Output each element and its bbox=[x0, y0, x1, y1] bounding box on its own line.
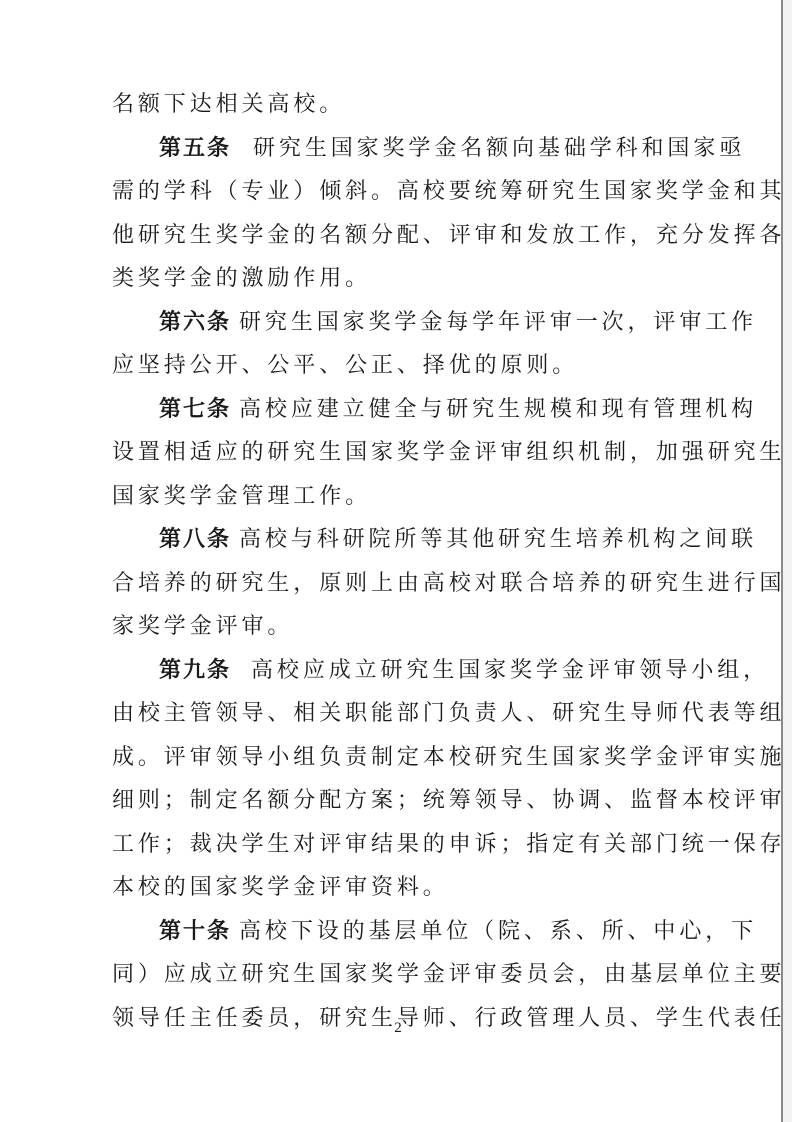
text-line: 同）应成立研究生国家奖学金评审委员会，由基层单位主要 bbox=[112, 953, 672, 997]
line-text: 需的学科（专业）倾斜。高校要统筹研究生国家奖学金和其 bbox=[112, 179, 785, 204]
line-text: 高校应建立健全与研究生规模和现有管理机构 bbox=[239, 397, 757, 422]
text-line: 设置相适应的研究生国家奖学金评审组织机制，加强研究生 bbox=[112, 431, 672, 475]
line-text: 领导任主任委员，研究生导师、行政管理人员、学生代表任 bbox=[112, 1006, 785, 1031]
line-text: 细则；制定名额分配方案；统筹领导、协调、监督本校评审 bbox=[112, 788, 785, 813]
text-line: 由校主管领导、相关职能部门负责人、研究生导师代表等组 bbox=[112, 692, 672, 736]
text-line: 他研究生奖学金的名额分配、评审和发放工作，充分发挥各 bbox=[112, 214, 672, 258]
line-text: 研究生国家奖学金每学年评审一次，评审工作 bbox=[239, 310, 757, 335]
article-paragraph-start: 第九条高校应成立研究生国家奖学金评审领导小组， bbox=[112, 649, 672, 693]
article-paragraph-start: 第十条高校下设的基层单位（院、系、所、中心，下 bbox=[112, 910, 672, 954]
article-number: 第七条 bbox=[159, 397, 231, 422]
line-text: 类奖学金的激励作用。 bbox=[112, 266, 371, 291]
text-line: 类奖学金的激励作用。 bbox=[112, 257, 672, 301]
text-line: 工作；裁决学生对评审结果的申诉；指定有关部门统一保存 bbox=[112, 823, 672, 867]
text-line: 合培养的研究生，原则上由高校对联合培养的研究生进行国 bbox=[112, 562, 672, 606]
line-text: 高校与科研院所等其他研究生培养机构之间联 bbox=[239, 527, 757, 552]
line-text: 家奖学金评审。 bbox=[112, 614, 293, 639]
text-line: 应坚持公开、公平、公正、择优的原则。 bbox=[112, 344, 672, 388]
line-text: 名额下达相关高校。 bbox=[112, 92, 345, 117]
article-number: 第六条 bbox=[159, 310, 231, 335]
text-line: 本校的国家奖学金评审资料。 bbox=[112, 866, 672, 910]
text-line: 细则；制定名额分配方案；统筹领导、协调、监督本校评审 bbox=[112, 779, 672, 823]
article-number: 第十条 bbox=[159, 919, 231, 944]
article-paragraph-start: 第七条高校应建立健全与研究生规模和现有管理机构 bbox=[112, 388, 672, 432]
article-paragraph-start: 第六条研究生国家奖学金每学年评审一次，评审工作 bbox=[112, 301, 672, 345]
line-text: 本校的国家奖学金评审资料。 bbox=[112, 875, 449, 900]
page-edge-margin bbox=[783, 0, 792, 1122]
line-text: 由校主管领导、相关职能部门负责人、研究生导师代表等组 bbox=[112, 701, 785, 726]
line-text: 研究生国家奖学金名额向基础学科和国家亟 bbox=[253, 136, 745, 161]
document-body: 名额下达相关高校。第五条研究生国家奖学金名额向基础学科和国家亟需的学科（专业）倾… bbox=[112, 83, 672, 1040]
text-line: 国家奖学金管理工作。 bbox=[112, 475, 672, 519]
article-number: 第八条 bbox=[159, 527, 231, 552]
line-text: 同）应成立研究生国家奖学金评审委员会，由基层单位主要 bbox=[112, 962, 785, 987]
line-text: 成。评审领导小组负责制定本校研究生国家奖学金评审实施 bbox=[112, 745, 785, 770]
article-paragraph-start: 第五条研究生国家奖学金名额向基础学科和国家亟 bbox=[112, 127, 672, 171]
page-number: 2 bbox=[388, 1020, 408, 1037]
article-number: 第五条 bbox=[159, 136, 231, 161]
line-text: 合培养的研究生，原则上由高校对联合培养的研究生进行国 bbox=[112, 571, 785, 596]
line-text: 应坚持公开、公平、公正、择优的原则。 bbox=[112, 353, 578, 378]
article-number: 第九条 bbox=[159, 658, 231, 683]
document-page: 名额下达相关高校。第五条研究生国家奖学金名额向基础学科和国家亟需的学科（专业）倾… bbox=[0, 0, 792, 1122]
text-line: 需的学科（专业）倾斜。高校要统筹研究生国家奖学金和其 bbox=[112, 170, 672, 214]
article-paragraph-start: 第八条高校与科研院所等其他研究生培养机构之间联 bbox=[112, 518, 672, 562]
line-text: 工作；裁决学生对评审结果的申诉；指定有关部门统一保存 bbox=[112, 832, 785, 857]
line-text: 国家奖学金管理工作。 bbox=[112, 484, 371, 509]
text-line: 家奖学金评审。 bbox=[112, 605, 672, 649]
text-line: 名额下达相关高校。 bbox=[112, 83, 672, 127]
line-text: 高校应成立研究生国家奖学金评审领导小组， bbox=[251, 658, 769, 683]
line-text: 设置相适应的研究生国家奖学金评审组织机制，加强研究生 bbox=[112, 440, 785, 465]
text-line: 成。评审领导小组负责制定本校研究生国家奖学金评审实施 bbox=[112, 736, 672, 780]
line-text: 他研究生奖学金的名额分配、评审和发放工作，充分发挥各 bbox=[112, 223, 785, 248]
line-text: 高校下设的基层单位（院、系、所、中心，下 bbox=[239, 919, 757, 944]
